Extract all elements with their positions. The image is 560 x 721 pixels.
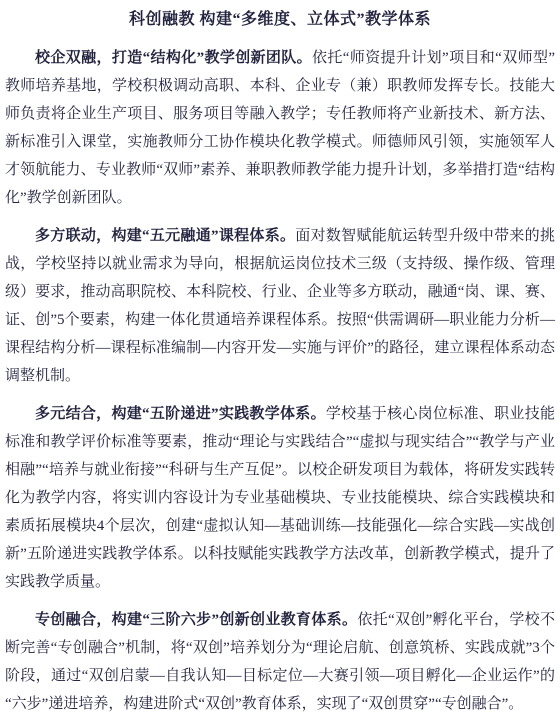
paragraph-2-lead: 多方联动，构建“五元融通”课程体系。: [35, 228, 295, 244]
paragraph-1-lead: 校企双融，打造“结构化”教学创新团队。: [35, 50, 312, 66]
paragraph-2-body: 面对数智赋能航运转型升级中带来的挑战，学校坚持以就业需求为导向，根据航运岗位技术…: [5, 228, 555, 384]
paragraph-4: 专创融合，构建“三阶六步”创新创业教育体系。依托“双创”孵化平台，学校不断完善“…: [5, 606, 555, 718]
paragraph-3-body: 学校基于核心岗位标准、职业技能标准和教学评价标准等要素，推动“理论与实践结合”“…: [5, 406, 555, 590]
paragraph-1-body: 依托“师资提升计划”项目和“双师型”教师培养基地，学校积极调动高职、本科、企业专…: [5, 50, 555, 206]
document-page: 科创融教 构建“多维度、立体式”教学体系 校企双融，打造“结构化”教学创新团队。…: [0, 0, 560, 718]
paragraph-3: 多元结合，构建“五阶递进”实践教学体系。学校基于核心岗位标准、职业技能标准和教学…: [5, 400, 555, 596]
paragraph-4-lead: 专创融合，构建“三阶六步”创新创业教育体系。: [35, 612, 357, 628]
paragraph-3-lead: 多元结合，构建“五阶递进”实践教学体系。: [35, 406, 326, 422]
paragraph-2: 多方联动，构建“五元融通”课程体系。面对数智赋能航运转型升级中带来的挑战，学校坚…: [5, 222, 555, 390]
page-title: 科创融教 构建“多维度、立体式”教学体系: [5, 6, 555, 34]
paragraph-1: 校企双融，打造“结构化”教学创新团队。依托“师资提升计划”项目和“双师型”教师培…: [5, 44, 555, 212]
